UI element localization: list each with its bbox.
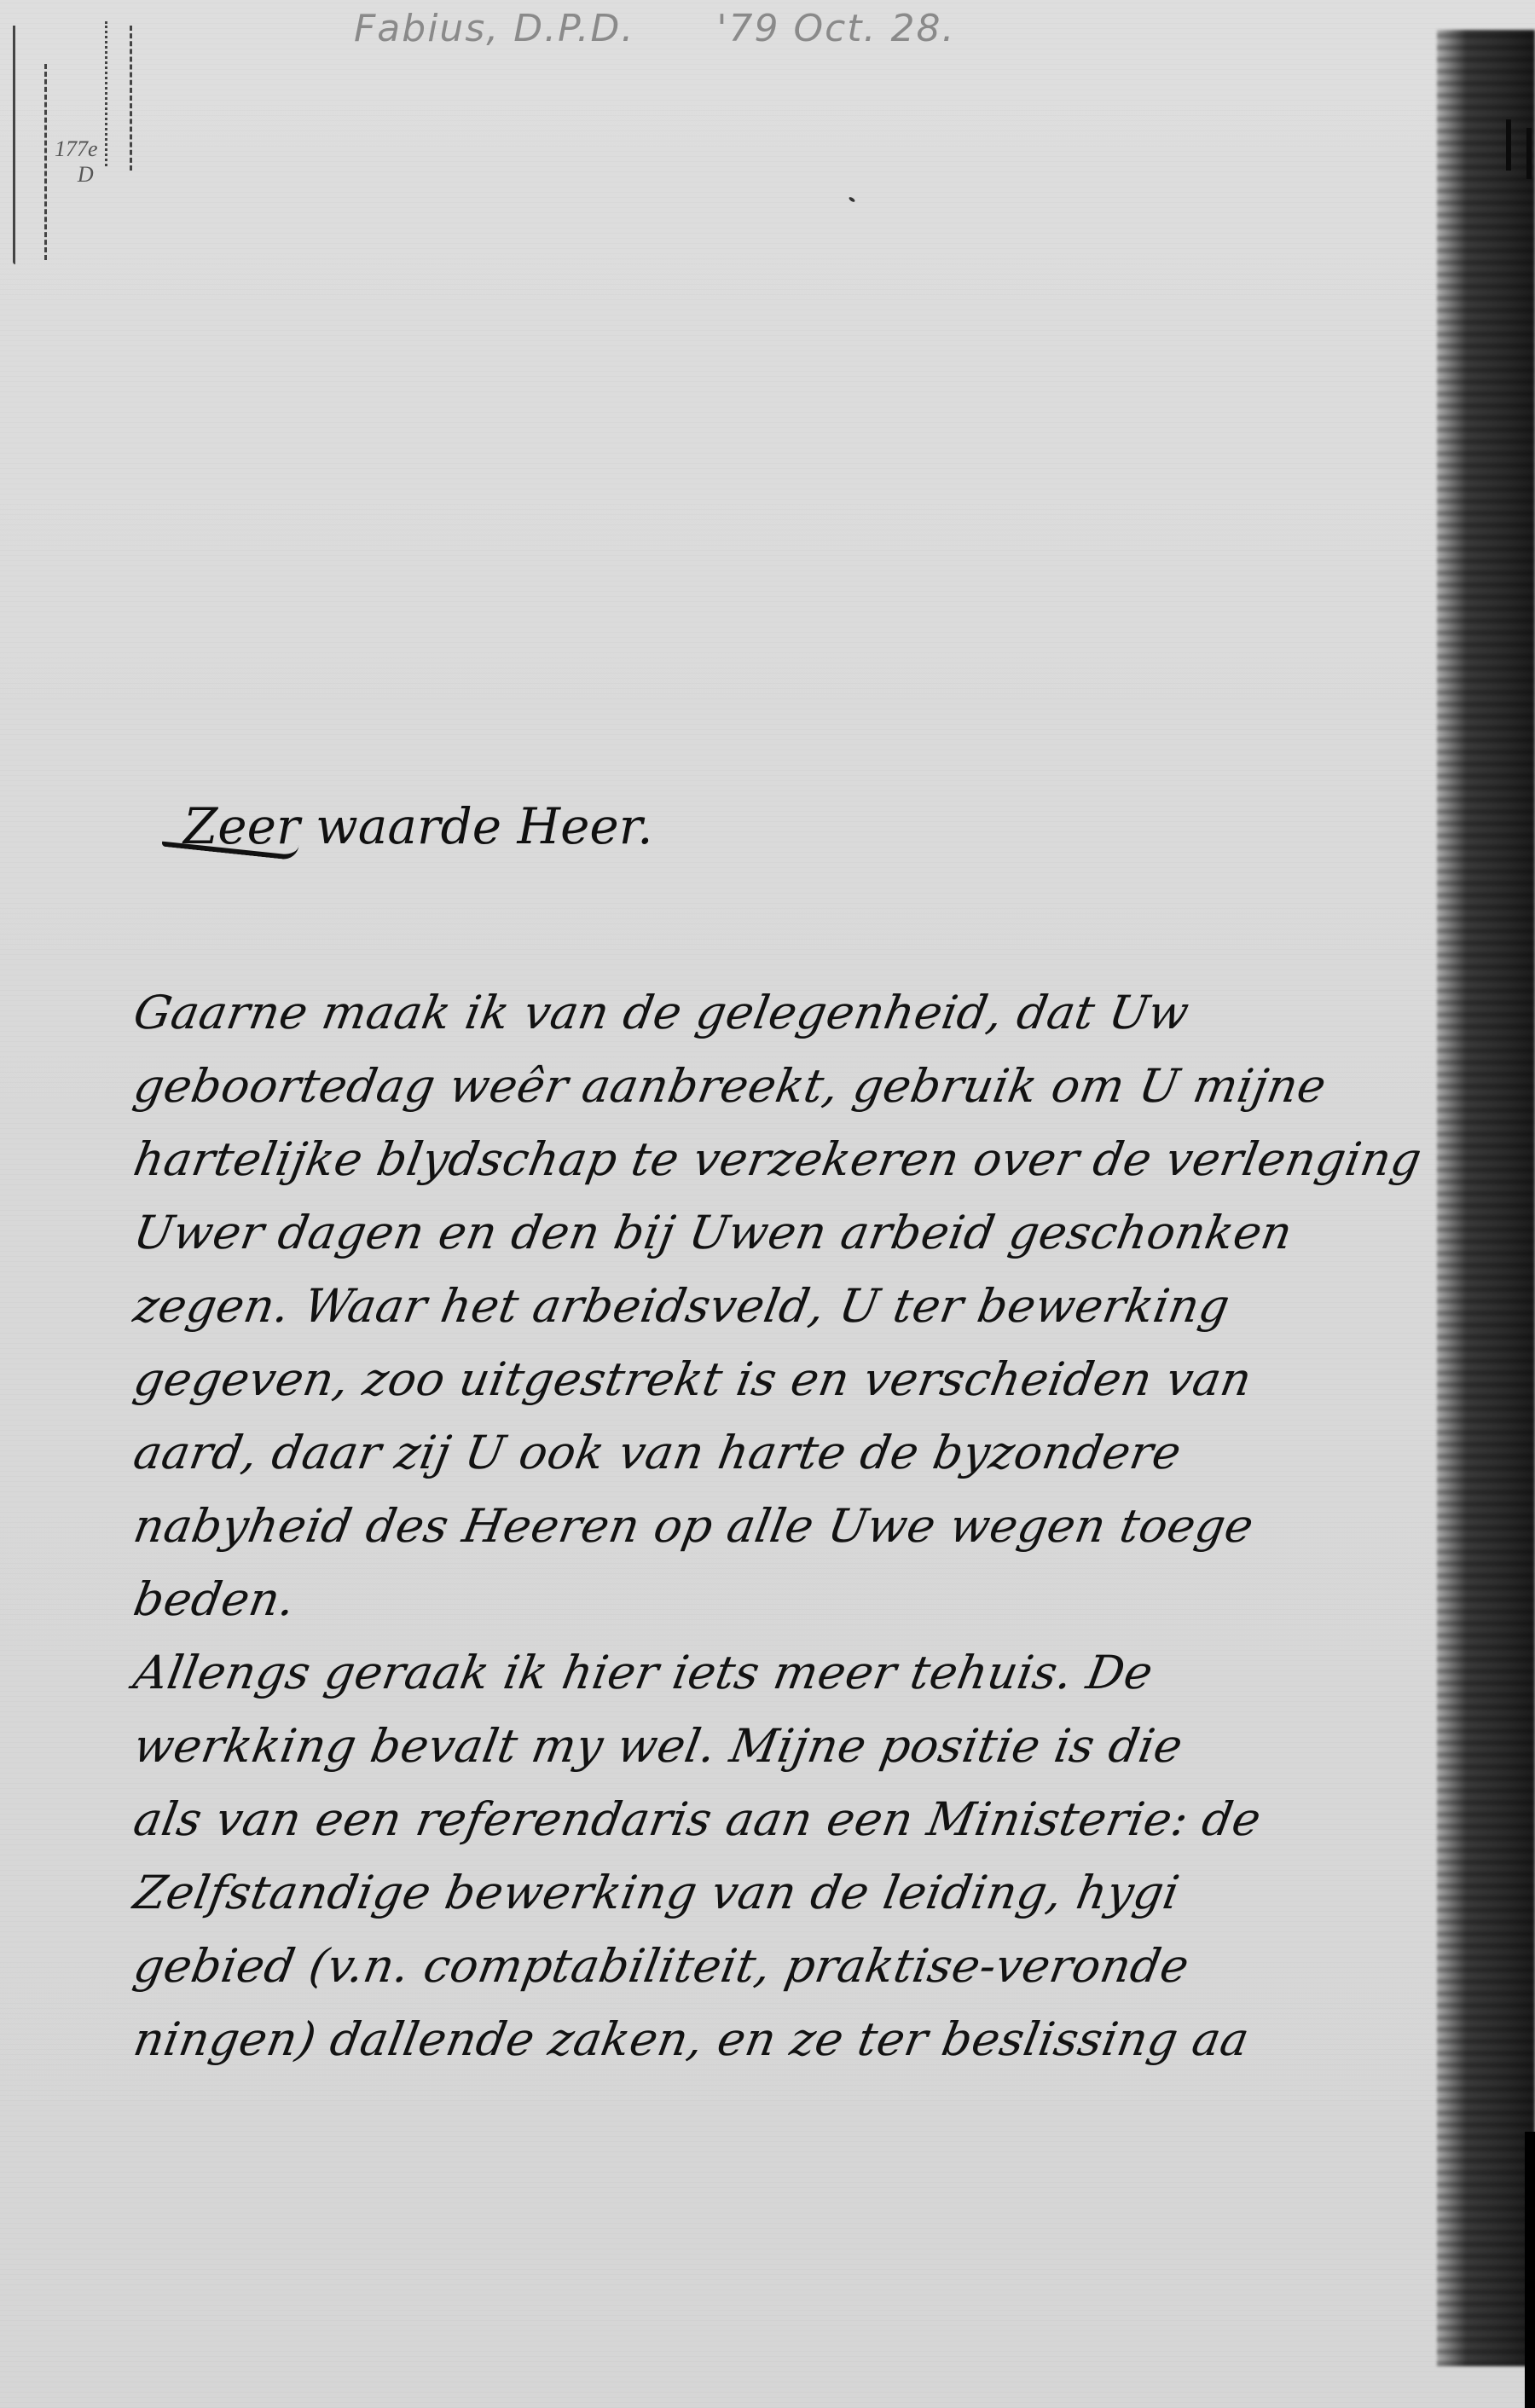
letter-line: hartelijke blydschap te verzekeren over … bbox=[128, 1123, 1437, 1196]
ink-speck bbox=[849, 196, 856, 203]
margin-binding-line bbox=[130, 26, 132, 171]
letter-line: als van een referendaris aan een Ministe… bbox=[128, 1783, 1437, 1856]
letter-line: aard, daar zij U ook van harte de byzond… bbox=[128, 1416, 1437, 1490]
margin-binding-line bbox=[13, 26, 15, 264]
letter-line: Zelfstandige bewerking van de leiding, h… bbox=[128, 1856, 1437, 1930]
archive-header-date: '79 Oct. 28. bbox=[716, 7, 955, 50]
letter-body: Gaarne maak ik van de gelegenheid, dat U… bbox=[128, 976, 1424, 2076]
letter-line: Gaarne maak ik van de gelegenheid, dat U… bbox=[128, 976, 1437, 1050]
letter-line: nabyheid des Heeren op alle Uwe wegen to… bbox=[128, 1490, 1437, 1563]
edge-page-mark bbox=[1506, 119, 1511, 171]
call-number-main: 177e bbox=[55, 136, 98, 161]
scanned-letter-page: 177e D Fabius, D.P.D. '79 Oct. 28. Zeer … bbox=[0, 0, 1535, 2408]
binding-edge-shadow bbox=[1437, 30, 1535, 2366]
scan-border bbox=[1525, 2132, 1535, 2408]
letter-line: gegeven, zoo uitgestrekt is en verscheid… bbox=[128, 1343, 1437, 1416]
letter-line: gebied (v.n. comptabiliteit, praktise-ve… bbox=[128, 1930, 1437, 2003]
call-number-sub: D bbox=[73, 162, 98, 188]
letter-line: geboortedag weêr aanbreekt, gebruik om U… bbox=[128, 1050, 1437, 1123]
archive-call-number: 177e D bbox=[55, 136, 98, 188]
margin-binding-line bbox=[44, 64, 47, 260]
letter-line: ningen) dallende zaken, en ze ter beslis… bbox=[128, 2003, 1437, 2076]
archive-pencil-header: Fabius, D.P.D. '79 Oct. 28. bbox=[354, 7, 956, 50]
margin-binding-line bbox=[105, 21, 107, 166]
letter-line: Uwer dagen en den bij Uwen arbeid gescho… bbox=[128, 1196, 1437, 1270]
letter-salutation: Zeer waarde Heer. bbox=[183, 797, 653, 855]
letter-line: Allengs geraak ik hier iets meer tehuis.… bbox=[128, 1636, 1437, 1710]
archive-header-name: Fabius, D.P.D. bbox=[354, 7, 634, 50]
letter-line: zegen. Waar het arbeidsveld, U ter bewer… bbox=[128, 1270, 1437, 1343]
letter-line: werkking bevalt my wel. Mijne positie is… bbox=[128, 1710, 1437, 1783]
letter-line: beden. bbox=[128, 1563, 1437, 1636]
